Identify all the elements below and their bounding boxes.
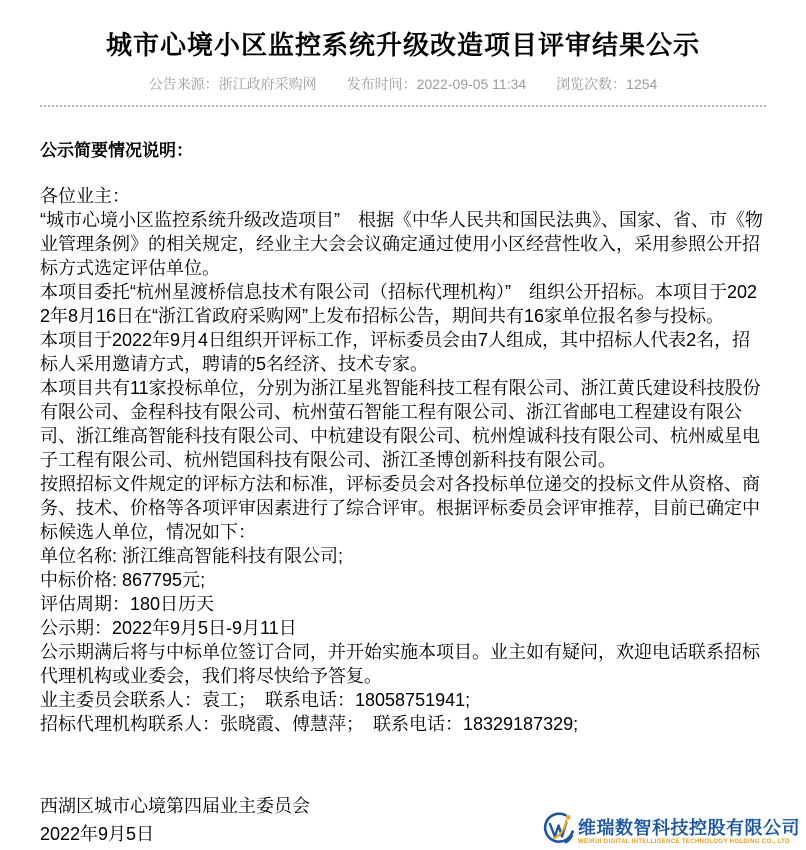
logo-text: 维瑞数智科技控股有限公司 WEIRUI DIGITAL INTELLIGENCE… (578, 818, 800, 846)
paragraph-publicity-dates: 公示期：2022年9月5日-9月11日 (40, 616, 766, 640)
signature-block: 西湖区城市心境第四届业主委员会 2022年9月5日 (40, 792, 310, 848)
paragraph-bidders: 本项目共有11家投标单位，分别为浙江星兆智能科技工程有限公司、浙江黄氏建设科技股… (40, 376, 766, 472)
logo-company-name-en: WEIRUI DIGITAL INTELLIGENCE TECHNOLOGY H… (578, 838, 800, 846)
paragraph-greeting: 各位业主： (40, 184, 766, 208)
meta-row: 公告来源：浙江政府采购网 发布时间：2022-09-05 11:34 浏览次数：… (40, 76, 766, 93)
paragraph-agency: 本项目委托“杭州星渡桥信息技术有限公司（招标代理机构）” 组织公开招标。本项目于… (40, 280, 766, 328)
meta-view-count: 浏览次数：1254 (556, 76, 657, 93)
paragraph-committee-contact: 业主委员会联系人：袁工； 联系电话：18058751941; (40, 688, 766, 712)
section-heading: 公示简要情况说明： (40, 139, 766, 163)
paragraph-period: 评估周期：180日历天 (40, 592, 766, 616)
paragraph-project-basis: “城市心境小区监控系统升级改造项目” 根据《中华人民共和国民法典》、国家、省、市… (40, 208, 766, 280)
committee-name: 西湖区城市心境第四届业主委员会 (40, 792, 310, 820)
page-title: 城市心境小区监控系统升级改造项目评审结果公示 (40, 0, 766, 60)
logo-company-name-cn: 维瑞数智科技控股有限公司 (578, 818, 800, 838)
paragraph-agency-contact: 招标代理机构联系人：张晓霞、傅慧萍； 联系电话：18329187329; (40, 712, 766, 736)
meta-publish-time: 发布时间：2022-09-05 11:34 (347, 76, 527, 93)
company-logo: 维瑞数智科技控股有限公司 WEIRUI DIGITAL INTELLIGENCE… (541, 812, 800, 850)
announcement-page: 城市心境小区监控系统升级改造项目评审结果公示 公告来源：浙江政府采购网 发布时间… (0, 0, 806, 736)
paragraph-followup: 公示期满后将与中标单位签订合同，并开始实施本项目。业主如有疑问，欢迎电话联系招标… (40, 640, 766, 688)
paragraph-evaluation: 本项目于2022年9月4日组织开评标工作，评标委员会由7人组成，其中招标人代表2… (40, 328, 766, 376)
paragraph-winning-price: 中标价格: 867795元; (40, 568, 766, 592)
announcement-body: 各位业主： “城市心境小区监控系统升级改造项目” 根据《中华人民共和国民法典》、… (40, 184, 766, 736)
paragraph-review: 按照招标文件规定的评标方法和标准，评标委员会对各投标单位递交的投标文件从资格、商… (40, 472, 766, 544)
dotted-divider (40, 105, 766, 107)
paragraph-winner-name: 单位名称: 浙江维高智能科技有限公司; (40, 544, 766, 568)
signature-date: 2022年9月5日 (40, 820, 310, 848)
logo-mark-icon (541, 812, 575, 850)
meta-source: 公告来源：浙江政府采购网 (149, 76, 317, 93)
